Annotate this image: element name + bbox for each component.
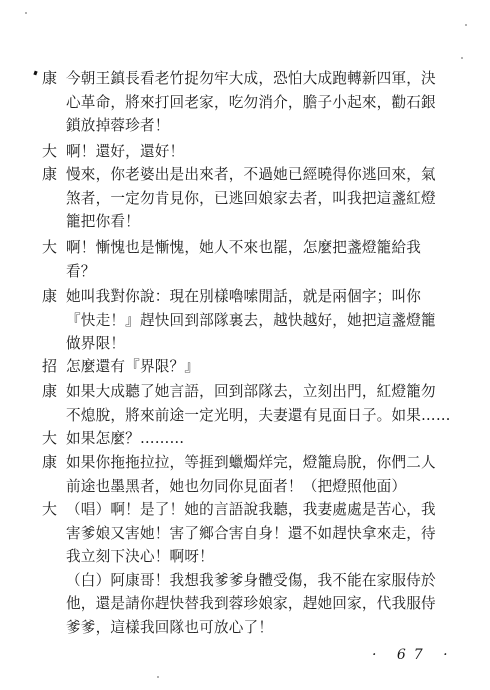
speech-line: 怎麼還有『界限？』: [66, 355, 456, 379]
speech-line: 心革命，將來打回老家，吃勿消介，膽子小起來，勸石銀: [66, 91, 456, 115]
speaker-label: 康: [36, 163, 66, 234]
dialogue-entry: 康 如果你拖拖拉拉，等捱到蠟燭烊完，燈籠烏脫，你們二人 前途也墨黑者，她也勿同你…: [36, 451, 456, 498]
dialogue-entry: 大 啊！還好，還好！: [36, 140, 456, 164]
speech-line: 『快走！』趕快回到部隊裏去，越快越好，她把這盞燈籠: [66, 309, 456, 333]
speech-text: 慢來，你老婆出是出來者，不過她已經曉得你逃回來，氣 煞者，一定勿肯見你，已逃回娘…: [66, 163, 456, 234]
speaker-label: 大: [36, 140, 66, 164]
speech-line: 他，還是請你趕快替我到蓉珍娘家，趕她回家，代我服侍: [66, 592, 456, 616]
dialogue-entry: 康 今朝王鎮長看老竹捉勿牢大成，恐怕大成跑轉新四軍，決 心革命，將來打回老家，吃…: [36, 67, 456, 138]
dialogue-entry: 康 她叫我對你說：現在別樣嚕嗦閒話，就是兩個字；叫你 『快走！』趕快回到部隊裏去…: [36, 285, 456, 356]
speech-text: 如果你拖拖拉拉，等捱到蠟燭烊完，燈籠烏脫，你們二人 前途也墨黑者，她也勿同你見面…: [66, 451, 456, 498]
speech-line: 籠把你看！: [66, 210, 456, 234]
speech-line: 看？: [66, 260, 456, 284]
speech-line: 不熄脫，將來前途一定光明，夫妻還有見面日子。如果……: [66, 404, 456, 428]
speech-line: 煞者，一定勿肯見你，已逃回娘家去者，叫我把這盞紅燈: [66, 187, 456, 211]
speaker-label: 康: [36, 380, 66, 427]
dialogue-entry: 康 如果大成聽了她言語，回到部隊去，立刻出門，紅燈籠勿 不熄脫，將來前途一定光明…: [36, 380, 456, 427]
speech-text: （唱）啊！是了！她的言語說我聽，我妻處處是苦心，我 害爹娘又害她！害了鄉合害自身…: [66, 498, 456, 639]
scan-speck: [465, 24, 467, 26]
speaker-label: 康: [36, 285, 66, 356]
dialogue-entry: 招 怎麼還有『界限？』: [36, 355, 456, 379]
speech-line: （白）阿康哥！我想我爹爹身體受傷，我不能在家服侍於: [66, 569, 456, 593]
scan-speck: [157, 676, 159, 678]
scan-speck: [25, 12, 27, 14]
speech-line: 如果大成聽了她言語，回到部隊去，立刻出門，紅燈籠勿: [66, 380, 456, 404]
dialogue-entry: 大 （唱）啊！是了！她的言語說我聽，我妻處處是苦心，我 害爹娘又害她！害了鄉合害…: [36, 498, 456, 639]
dialogue-entry: 康 慢來，你老婆出是出來者，不過她已經曉得你逃回來，氣 煞者，一定勿肯見你，已逃…: [36, 163, 456, 234]
speech-text: 怎麼還有『界限？』: [66, 355, 456, 379]
speaker-label: 康: [36, 451, 66, 498]
scan-speck: [461, 57, 463, 59]
speech-line: 我立刻下決心！啊呀！: [66, 545, 456, 569]
speech-line: 做界限！: [66, 332, 456, 356]
speech-line: 爹爹，這樣我回隊也可放心了！: [66, 616, 456, 640]
speech-text: 今朝王鎮長看老竹捉勿牢大成，恐怕大成跑轉新四軍，決 心革命，將來打回老家，吃勿消…: [66, 67, 456, 138]
speech-line: 啊！還好，還好！: [66, 140, 456, 164]
speech-line: （唱）啊！是了！她的言語說我聽，我妻處處是苦心，我: [66, 498, 456, 522]
speech-line: 鎖放掉蓉珍者！: [66, 114, 456, 138]
speech-line: 如果你拖拖拉拉，等捱到蠟燭烊完，燈籠烏脫，你們二人: [66, 451, 456, 475]
speaker-label: 康: [36, 67, 66, 138]
speech-text: 啊！慚愧也是慚愧，她人不來也罷，怎麼把盞燈籠給我 看？: [66, 236, 456, 283]
speech-line: 慢來，你老婆出是出來者，不過她已經曉得你逃回來，氣: [66, 163, 456, 187]
speech-line: 如果怎麼？………: [66, 427, 456, 451]
dialogue-entry: 大 如果怎麼？………: [36, 427, 456, 451]
speech-text: 如果怎麼？………: [66, 427, 456, 451]
speech-line: 前途也墨黑者，她也勿同你見面者！（把燈照他面）: [66, 475, 456, 499]
speech-line: 今朝王鎮長看老竹捉勿牢大成，恐怕大成跑轉新四軍，決: [66, 67, 456, 91]
dialogue-entry: 大 啊！慚愧也是慚愧，她人不來也罷，怎麼把盞燈籠給我 看？: [36, 236, 456, 283]
speech-text: 她叫我對你說：現在別樣嚕嗦閒話，就是兩個字；叫你 『快走！』趕快回到部隊裏去，越…: [66, 285, 456, 356]
document-page: 康 今朝王鎮長看老竹捉勿牢大成，恐怕大成跑轉新四軍，決 心革命，將來打回老家，吃…: [0, 0, 490, 690]
page-number: · 67 ·: [372, 647, 456, 663]
speaker-label: 大: [36, 498, 66, 639]
speech-text: 如果大成聽了她言語，回到部隊去，立刻出門，紅燈籠勿 不熄脫，將來前途一定光明，夫…: [66, 380, 456, 427]
speaker-label: 大: [36, 236, 66, 283]
speaker-label: 大: [36, 427, 66, 451]
speech-line: 啊！慚愧也是慚愧，她人不來也罷，怎麼把盞燈籠給我: [66, 236, 456, 260]
speaker-label: 招: [36, 355, 66, 379]
speech-line: 害爹娘又害她！害了鄉合害自身！還不如趕快拿來走，待: [66, 522, 456, 546]
speech-line: 她叫我對你說：現在別樣嚕嗦閒話，就是兩個字；叫你: [66, 285, 456, 309]
speech-text: 啊！還好，還好！: [66, 140, 456, 164]
